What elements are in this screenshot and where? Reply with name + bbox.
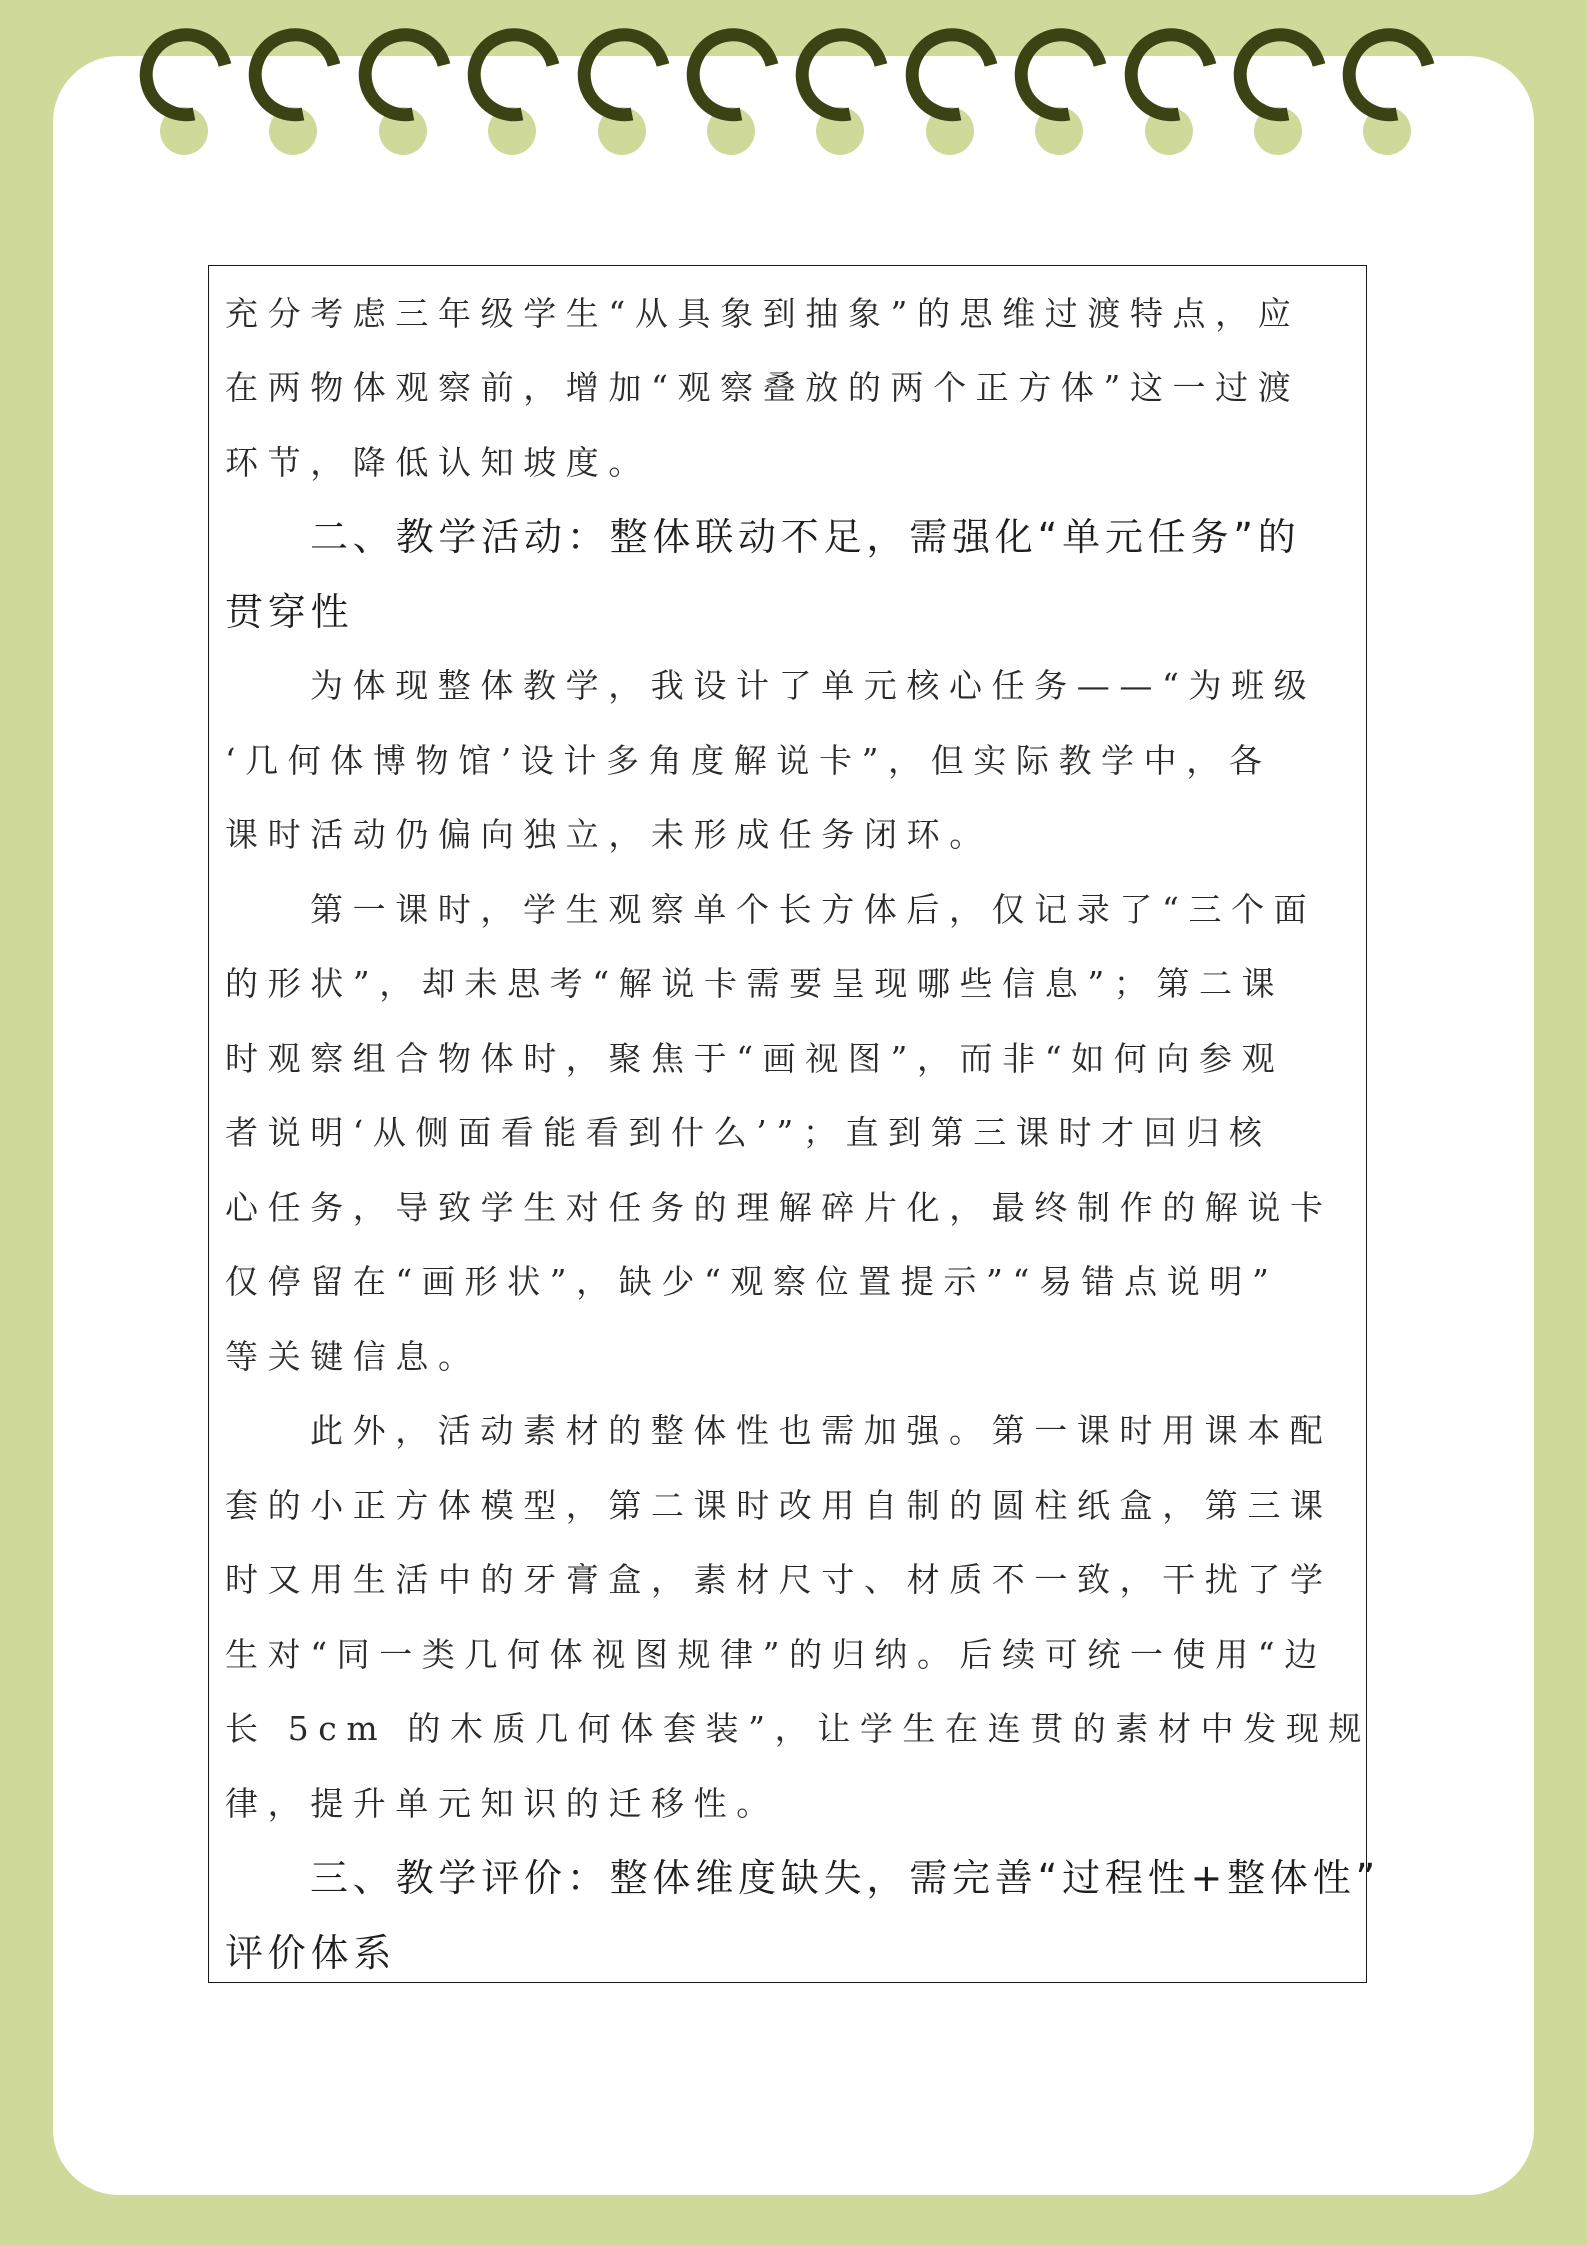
spiral-binding: [0, 0, 1587, 260]
body-text-line: 的形状”，却未思考“解说卡需要呈现哪些信息”；第二课: [225, 954, 1284, 1014]
binding-ring-icon: [895, 20, 1005, 180]
binding-ring-icon: [1332, 20, 1442, 180]
binding-ring-icon: [1004, 20, 1114, 180]
section-heading-2-cont: 贯穿性: [225, 582, 353, 642]
binding-ring-icon: [457, 20, 567, 180]
body-text-line: ‘几何体博物馆’设计多角度解说卡”，但实际教学中，各: [225, 731, 1271, 791]
binding-ring-icon: [348, 20, 458, 180]
body-text-line: 时又用生活中的牙膏盒，素材尺寸、材质不一致，干扰了学: [225, 1550, 1333, 1610]
section-heading-3: 三、教学评价：整体维度缺失，需完善“过程性+整体性”: [310, 1848, 1380, 1908]
binding-ring-icon: [567, 20, 677, 180]
body-text-line: 心任务，导致学生对任务的理解碎片化，最终制作的解说卡: [225, 1178, 1333, 1238]
body-text-line: 环节，降低认知坡度。: [225, 433, 651, 493]
body-text-line: 此外，活动素材的整体性也需加强。第一课时用课本配: [310, 1401, 1332, 1461]
binding-ring-icon: [1223, 20, 1333, 180]
section-heading-3-cont: 评价体系: [225, 1923, 396, 1983]
body-text-line: 者说明‘从侧面看能看到什么’”；直到第三课时才回归核: [225, 1103, 1271, 1163]
body-text-line: 仅停留在“画形状”，缺少“观察位置提示”“易错点说明”: [225, 1252, 1278, 1312]
body-text-line: 长 5cm 的木质几何体套装”，让学生在连贯的素材中发现规: [225, 1699, 1371, 1759]
body-text-line: 等关键信息。: [225, 1327, 481, 1387]
body-text-line: 充分考虑三年级学生“从具象到抽象”的思维过渡特点，应: [225, 284, 1300, 344]
body-text-line: 套的小正方体模型，第二课时改用自制的圆柱纸盒，第三课: [225, 1476, 1333, 1536]
body-text-line: 在两物体观察前，增加“观察叠放的两个正方体”这一过渡: [225, 358, 1300, 418]
binding-ring-icon: [238, 20, 348, 180]
binding-ring-icon: [785, 20, 895, 180]
binding-ring-icon: [129, 20, 239, 180]
body-text-line: 第一课时，学生观察单个长方体后，仅记录了“三个面: [310, 880, 1316, 940]
binding-ring-icon: [1114, 20, 1224, 180]
body-text-line: 生对“同一类几何体视图规律”的归纳。后续可统一使用“边: [225, 1625, 1327, 1685]
body-text-line: 时观察组合物体时，聚焦于“画视图”，而非“如何向参观: [225, 1029, 1284, 1089]
body-text-line: 律，提升单元知识的迁移性。: [225, 1774, 779, 1834]
body-text-line: 为体现整体教学，我设计了单元核心任务——“为班级: [310, 656, 1316, 716]
body-text-line: 课时活动仍偏向独立，未形成任务闭环。: [225, 805, 992, 865]
section-heading-2: 二、教学活动：整体联动不足，需强化“单元任务”的: [310, 507, 1301, 567]
binding-ring-icon: [676, 20, 786, 180]
